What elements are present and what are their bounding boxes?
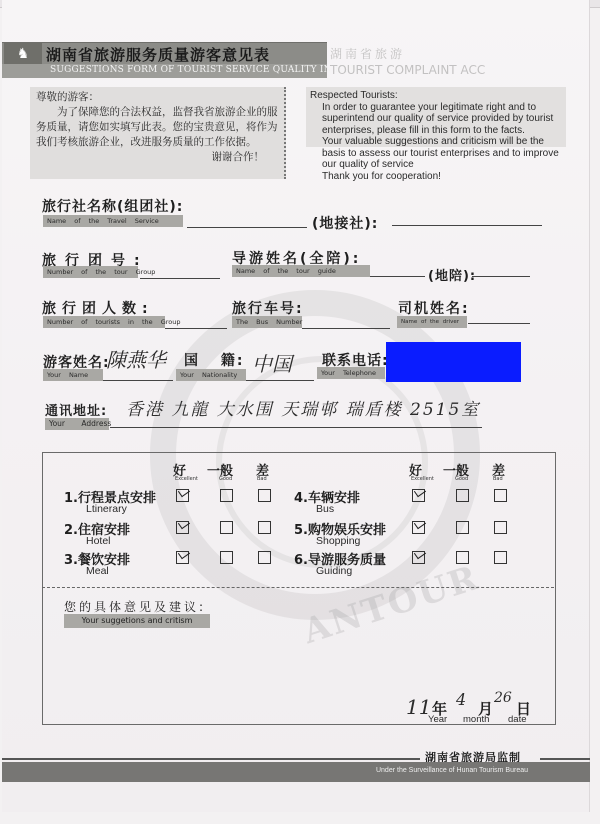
address-line (110, 427, 482, 428)
driver-name-field[interactable] (468, 323, 530, 324)
nationality-label: 国 籍: (184, 350, 244, 370)
travel-service-field[interactable] (187, 227, 307, 228)
rating-header-en-excellent: Excellent (175, 476, 198, 482)
intro-en-thanks: Thank you for cooperation! (310, 171, 560, 183)
guide-name-field[interactable] (370, 276, 425, 277)
group-size-label: 旅行团人数: (42, 298, 154, 318)
day-value[interactable]: 26 (494, 690, 512, 706)
tourist-name-value[interactable]: 陳燕华 (106, 344, 166, 373)
nationality-value[interactable]: 中国 (252, 348, 292, 377)
tourist-name-label-en: Your Name (43, 369, 103, 381)
telephone-label-en: Your Telephone (317, 367, 385, 379)
bleed-through-text-en: TOURIST COMPLAINT ACC (330, 63, 485, 77)
footer-rule-left (2, 758, 420, 760)
subtitle-bar: SUGGESTIONS FORM OF TOURIST SERVICE QUAL… (2, 64, 327, 78)
form-subtitle: SUGGESTIONS FORM OF TOURIST SERVICE QUAL… (50, 65, 359, 75)
rating-header-en-bad: Bad (257, 476, 267, 482)
rating-item-en: Shopping (316, 535, 360, 547)
intro-en-greeting: Respected Tourists: (310, 90, 560, 102)
rating-checkbox-good[interactable] (456, 551, 469, 564)
bus-number-label-en: The Bus Number (232, 316, 302, 328)
intro-thanks: 谢谢合作！ (36, 150, 278, 165)
rating-separator (42, 587, 554, 588)
bus-number-label: 旅行车号: (232, 298, 304, 318)
group-number-field[interactable] (140, 278, 220, 279)
driver-name-label: 司机姓名: (398, 298, 470, 318)
rating-checkbox-good[interactable] (220, 521, 233, 534)
intro-chinese: 尊敬的游客： 为了保障您的合法权益，监督我省旅游企业的服务质量，请您如实填写此表… (30, 87, 286, 179)
intro-english: Respected Tourists: In order to guarante… (310, 90, 560, 182)
suggestions-label-en: Your suggetions and critism (64, 614, 210, 628)
title-bar: ♞ 湖南省旅游服务质量游客意见表 (2, 42, 327, 64)
footer-rule-right (540, 758, 590, 760)
rating-checkbox-bad[interactable] (258, 551, 271, 564)
driver-name-label-en: Name of the driver (397, 316, 467, 328)
nationality-label-en: Your Nationality (176, 369, 246, 381)
rating-checkbox-excellent[interactable] (176, 489, 189, 502)
intro-en-para2: Your valuable suggestions and criticism … (310, 136, 560, 171)
rating-item-number: 6. (294, 553, 308, 568)
bleed-through-text: 湖南省旅游 (330, 45, 405, 62)
rating-checkbox-bad[interactable] (494, 551, 507, 564)
day-label-en: date (508, 714, 527, 725)
group-size-field[interactable] (165, 328, 227, 329)
tourist-name-line (103, 380, 173, 381)
local-agency-label: (地接社): (312, 213, 378, 233)
rating-checkbox-excellent[interactable] (176, 521, 189, 534)
rating-item-en: Ltinerary (86, 503, 127, 515)
rating-checkbox-bad[interactable] (494, 521, 507, 534)
intro-en-para1: In order to guarantee your legitimate ri… (310, 102, 560, 137)
guide-name-label-en: Name of the tour guide (232, 265, 370, 277)
rating-checkbox-good[interactable] (220, 551, 233, 564)
rating-header-en-good: Good (455, 476, 468, 482)
rating-checkbox-excellent[interactable] (412, 489, 425, 502)
travel-service-label: 旅行社名称(组团社): (42, 196, 183, 216)
rating-item-en: Hotel (86, 535, 111, 547)
intro-body: 为了保障您的合法权益，监督我省旅游企业的服务质量，请您如实填写此表。您的宝贵意见… (36, 105, 278, 150)
rating-checkbox-good[interactable] (220, 489, 233, 502)
rating-item-number: 2. (64, 523, 78, 538)
rating-item-en: Meal (86, 565, 109, 577)
rating-checkbox-bad[interactable] (258, 489, 271, 502)
rating-item-en: Bus (316, 503, 334, 515)
local-agency-field[interactable] (392, 225, 542, 226)
rating-item-number: 3. (64, 553, 78, 568)
local-guide-label: (地陪): (428, 265, 476, 284)
horse-logo-icon: ♞ (4, 43, 42, 65)
rating-header-en-excellent: Excellent (411, 476, 434, 482)
rating-item-number: 1. (64, 491, 78, 506)
rating-item-number: 4. (294, 491, 308, 506)
intro-greeting: 尊敬的游客： (36, 90, 278, 105)
rating-checkbox-excellent[interactable] (412, 521, 425, 534)
local-guide-field[interactable] (472, 276, 530, 277)
rating-item-en: Guiding (316, 565, 352, 577)
address-label-en: Your Address (45, 418, 109, 430)
rating-checkbox-good[interactable] (456, 489, 469, 502)
bus-number-field[interactable] (302, 328, 390, 329)
address-label: 通讯地址: (45, 400, 107, 419)
form-title: 湖南省旅游服务质量游客意见表 (46, 44, 270, 65)
rating-checkbox-bad[interactable] (494, 489, 507, 502)
month-label-en: month (463, 714, 489, 725)
rating-header-en-good: Good (219, 476, 232, 482)
telephone-redaction (386, 342, 521, 382)
group-size-label-en: Number of tourists in the Group (43, 316, 165, 328)
group-number-label-en: Number of the tour Group (43, 266, 138, 278)
rating-header-en-bad: Bad (493, 476, 503, 482)
travel-service-label-en: Name of the Travel Service (43, 215, 183, 227)
footer-bar: Under the Surveillance of Hunan Tourism … (2, 762, 590, 782)
rating-checkbox-good[interactable] (456, 521, 469, 534)
rating-item-number: 5. (294, 523, 308, 538)
year-label-en: Year (428, 714, 447, 725)
rating-checkbox-bad[interactable] (258, 521, 271, 534)
suggestions-label: 您的具体意见及建议: (64, 598, 206, 615)
rating-checkbox-excellent[interactable] (412, 551, 425, 564)
rating-checkbox-excellent[interactable] (176, 551, 189, 564)
footer-issuer-en: Under the Surveillance of Hunan Tourism … (376, 767, 528, 774)
address-value[interactable]: 香港 九龍 大水围 天瑞邨 瑞盾楼 2515室 (126, 395, 480, 420)
nationality-line (246, 380, 314, 381)
month-value[interactable]: 4 (456, 690, 466, 709)
